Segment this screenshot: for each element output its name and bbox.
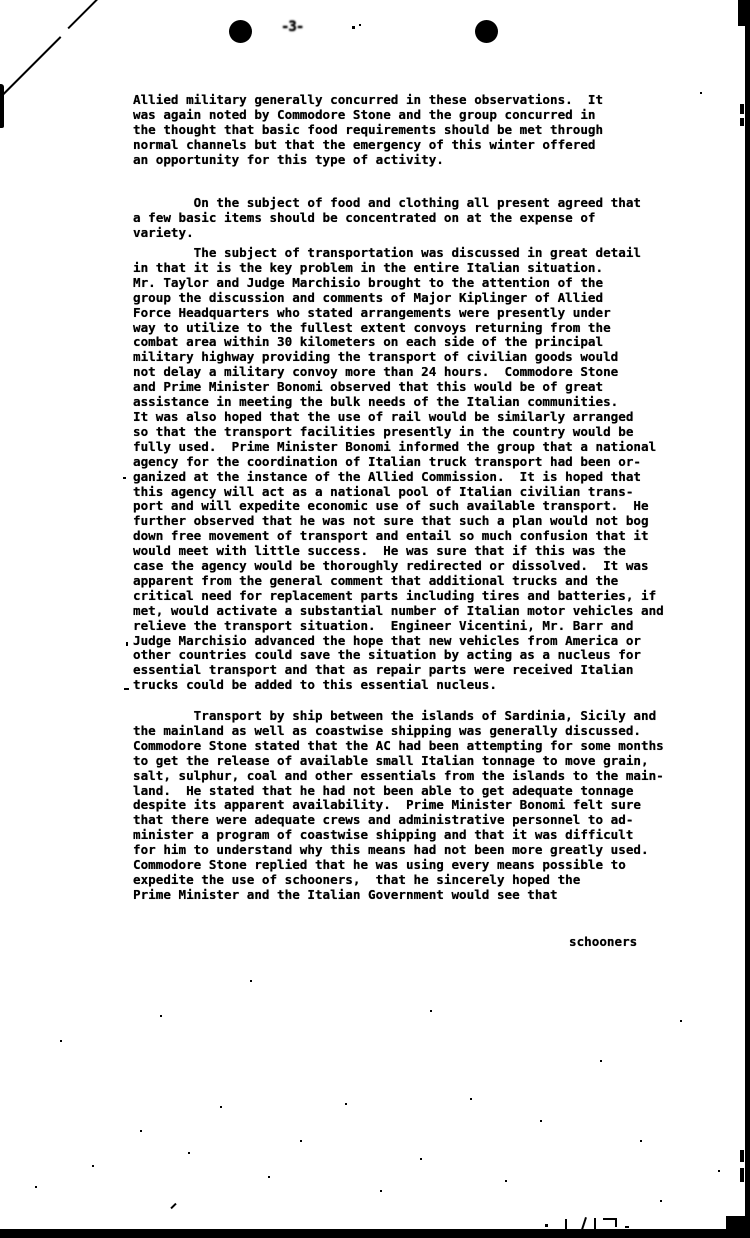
scan-edge-bottom-band xyxy=(0,1229,750,1238)
scan-speck xyxy=(250,980,252,982)
punch-hole-right-icon xyxy=(475,20,498,43)
scan-speck xyxy=(660,1200,662,1202)
scan-speck xyxy=(124,688,129,690)
scan-speck xyxy=(60,1040,62,1042)
scan-speck xyxy=(352,26,355,29)
paragraph-transportation: The subject of transportation was discus… xyxy=(133,246,664,693)
scan-speck xyxy=(345,1103,347,1105)
scan-speck xyxy=(380,1190,382,1192)
pen-mark xyxy=(615,1218,617,1227)
scan-edge-right-bar xyxy=(745,0,750,1238)
scan-speck xyxy=(640,1140,642,1142)
scan-speck xyxy=(140,1130,142,1132)
scan-speck xyxy=(160,1015,162,1017)
pen-mark xyxy=(170,1203,176,1209)
scan-edge-right-top xyxy=(738,0,750,26)
scan-speck xyxy=(359,24,361,26)
scan-speck xyxy=(600,1060,602,1062)
scan-speck xyxy=(718,1170,720,1172)
pen-mark xyxy=(594,1218,596,1230)
scan-edge-left-mark xyxy=(0,84,4,128)
fold-crease-mark xyxy=(0,36,61,97)
scan-edge-dash xyxy=(740,1168,744,1182)
scan-speck xyxy=(220,1106,222,1108)
scan-speck xyxy=(92,1165,94,1167)
scan-speck xyxy=(35,1186,37,1188)
scan-edge-dash xyxy=(740,104,744,114)
scan-edge-dash xyxy=(740,1150,744,1162)
pen-mark xyxy=(565,1219,567,1230)
paragraph-allied-military: Allied military generally concurred in t… xyxy=(133,93,603,168)
punch-hole-left-icon xyxy=(229,20,252,43)
catchword: schooners xyxy=(569,934,637,949)
pen-mark xyxy=(625,1226,629,1228)
scan-speck xyxy=(188,1152,190,1154)
scan-edge-dash xyxy=(740,118,744,126)
scan-speck xyxy=(700,92,702,94)
pen-mark xyxy=(545,1224,548,1227)
page-number: -3- xyxy=(281,19,303,35)
scanned-document-page: -3- Allied military generally concurred … xyxy=(0,0,750,1238)
paragraph-shipping: Transport by ship between the islands of… xyxy=(133,709,664,903)
fold-crease-mark xyxy=(67,0,97,29)
scan-speck xyxy=(300,1140,302,1142)
scan-speck xyxy=(420,1158,422,1160)
scan-speck xyxy=(540,1120,542,1122)
scan-speck xyxy=(505,1180,507,1182)
paragraph-food-clothing: On the subject of food and clothing all … xyxy=(133,196,641,241)
scan-speck xyxy=(430,1010,432,1012)
scan-speck xyxy=(680,1020,682,1022)
scan-speck xyxy=(126,642,128,646)
scan-speck xyxy=(123,477,126,479)
scan-speck xyxy=(268,1176,270,1178)
scan-speck xyxy=(470,1098,472,1100)
